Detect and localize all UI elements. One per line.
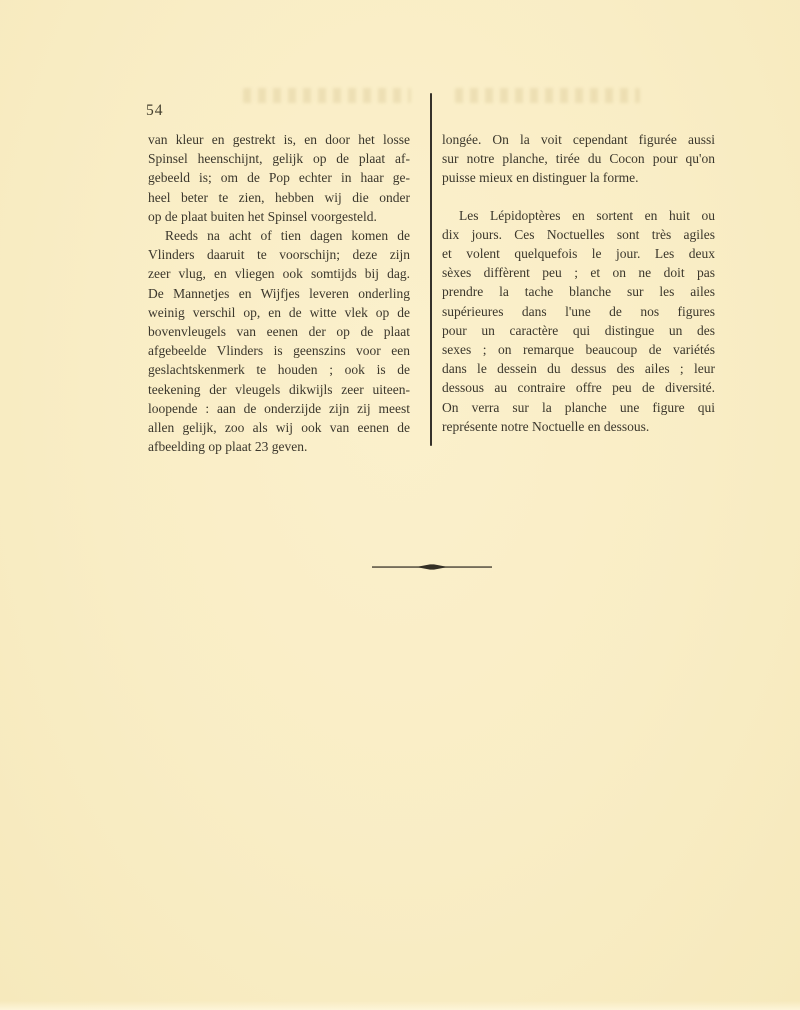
text-line: sur notre planche, tirée du Cocon pour q… [442,149,715,168]
paragraph: longée. On la voit cependant figurée aus… [442,130,715,188]
text-line: zeer vlug, en vliegen ook somtijds bij d… [148,264,410,283]
text-line: afgebeelde Vlinders is geenszins voor ee… [148,341,410,360]
text-line: sèxes diffèrent peu ; et on ne doit pas [442,263,715,282]
bleedthrough-text-ghost [455,88,640,103]
text-line: sexes ; on remarque beaucoup de variétés [442,340,715,359]
text-line: dix jours. Ces Noctuelles sont très agil… [442,225,715,244]
text-line: teekening der vleugels dikwijls zeer uit… [148,380,410,399]
text-line: loopende : aan de onderzijde zijn zij me… [148,399,410,418]
text-line: Vlinders daaruit te voorschijn; deze zij… [148,245,410,264]
text-line: pour un caractère qui distingue un des [442,321,715,340]
paragraph: Les Lépidoptères en sortent en huit ou d… [442,206,715,436]
paragraph: Reeds na acht of tien dagen komen de Vli… [148,226,410,456]
bleedthrough-text-ghost [243,88,411,103]
text-line: bovenvleugels van eenen der op de plaat [148,322,410,341]
text-line: van kleur en gestrekt is, en door het lo… [148,130,410,149]
text-line: dans le dessein du dessus des ailes ; le… [442,359,715,378]
left-column-dutch: van kleur en gestrekt is, en door het lo… [148,130,410,456]
text-line: prendre la tache blanche sur les ailes [442,282,715,301]
text-line: Reeds na acht of tien dagen komen de [148,226,410,245]
text-line: puisse mieux en distinguer la forme. [442,168,715,187]
text-line: dessous au contraire offre peu de divers… [442,378,715,397]
text-line: On verra sur la planche une figure qui [442,398,715,417]
text-line: représente notre Noctuelle en dessous. [442,417,715,436]
text-line: De Mannetjes en Wijfjes leveren onderlin… [148,284,410,303]
section-divider-ornament [372,561,492,573]
text-line: heel beter te zien, hebben wij die onder [148,188,410,207]
page-number: 54 [146,102,164,120]
text-line: Spinsel heenschijnt, gelijk op de plaat … [148,149,410,168]
text-line: gebeeld is; om de Pop echter in haar ge- [148,168,410,187]
paragraph: van kleur en gestrekt is, en door het lo… [148,130,410,226]
text-line: supérieures dans l'une de nos figures [442,302,715,321]
text-line: op de plaat buiten het Spinsel voorgeste… [148,207,410,226]
scanned-book-page: 54 van kleur en gestrekt is, en door het… [0,0,800,1010]
text-line: geslachtskenmerk te houden ; ook is de [148,360,410,379]
text-line: afbeelding op plaat 23 geven. [148,437,410,456]
text-line: longée. On la voit cependant figurée aus… [442,130,715,149]
column-divider-rule [430,93,432,446]
text-line: weinig verschil op, en de witte vlek op … [148,303,410,322]
text-line: Les Lépidoptères en sortent en huit ou [442,206,715,225]
text-line: et volent quelquefois le jour. Les deux [442,244,715,263]
text-line: allen gelijk, zoo als wij ook van eenen … [148,418,410,437]
page-bottom-edge [0,1001,800,1010]
right-column-french: longée. On la voit cependant figurée aus… [442,130,715,436]
